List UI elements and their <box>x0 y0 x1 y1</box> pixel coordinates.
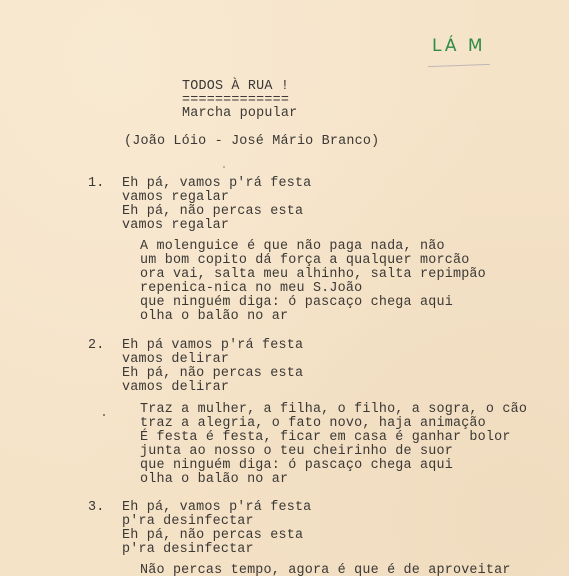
verse-line: olha o balão no ar <box>140 310 288 324</box>
song-authors: (João Lóio - José Mário Branco) <box>124 135 379 149</box>
handwritten-annotation: LÁ M <box>432 36 486 56</box>
chorus-line: Eh pá vamos p'rá festa <box>122 339 303 353</box>
verse-line: que ninguém diga: ó pascaço chega aqui <box>140 459 453 473</box>
verse-line: repenica-nica no meu S.João <box>140 282 362 296</box>
chorus-line: vamos regalar <box>122 191 229 205</box>
typewritten-page: LÁ M TODOS À RUA ! ============= Marcha … <box>0 0 569 576</box>
chorus-line: vamos delirar <box>122 353 229 367</box>
chorus-line: Eh pá, não percas esta <box>122 205 303 219</box>
chorus-line: Eh pá, vamos p'rá festa <box>122 501 311 515</box>
stanza-number: 3. <box>88 501 104 515</box>
verse-line: olha o balão no ar <box>140 473 288 487</box>
verse-line: traz a alegria, o fato novo, haja animaç… <box>140 417 486 431</box>
verse-line: um bom copito dá força a qualquer morcão <box>140 254 469 268</box>
verse-line: ora vai, salta meu alhinho, salta repimp… <box>140 268 486 282</box>
chorus-line: vamos delirar <box>122 381 229 395</box>
chorus-line: Eh pá, não percas esta <box>122 529 303 543</box>
chorus-line: vamos regalar <box>122 219 229 233</box>
chorus-line: p'ra desinfectar <box>122 515 254 529</box>
paper-speck <box>223 166 225 168</box>
verse-line: Traz a mulher, a filha, o filho, a sogra… <box>140 403 527 417</box>
paper-speck <box>103 414 105 416</box>
chorus-line: Eh pá, vamos p'rá festa <box>122 177 311 191</box>
chorus-line: Eh pá, não percas esta <box>122 367 303 381</box>
song-title: TODOS À RUA ! <box>182 80 289 94</box>
song-subtitle: Marcha popular <box>182 107 297 121</box>
verse-line: É festa é festa, ficar em casa é ganhar … <box>140 431 511 445</box>
chorus-line: p'ra desinfectar <box>122 543 254 557</box>
stanza-number: 1. <box>88 177 104 191</box>
verse-line: A molenguice é que não paga nada, não <box>140 240 445 254</box>
pencil-underline <box>428 64 490 67</box>
stanza-number: 2. <box>88 339 104 353</box>
verse-line: que ninguém diga: ó pascaço chega aqui <box>140 296 453 310</box>
verse-line: Não percas tempo, agora é que é de aprov… <box>140 564 511 576</box>
verse-line: junta ao nosso o teu cheirinho de suor <box>140 445 453 459</box>
